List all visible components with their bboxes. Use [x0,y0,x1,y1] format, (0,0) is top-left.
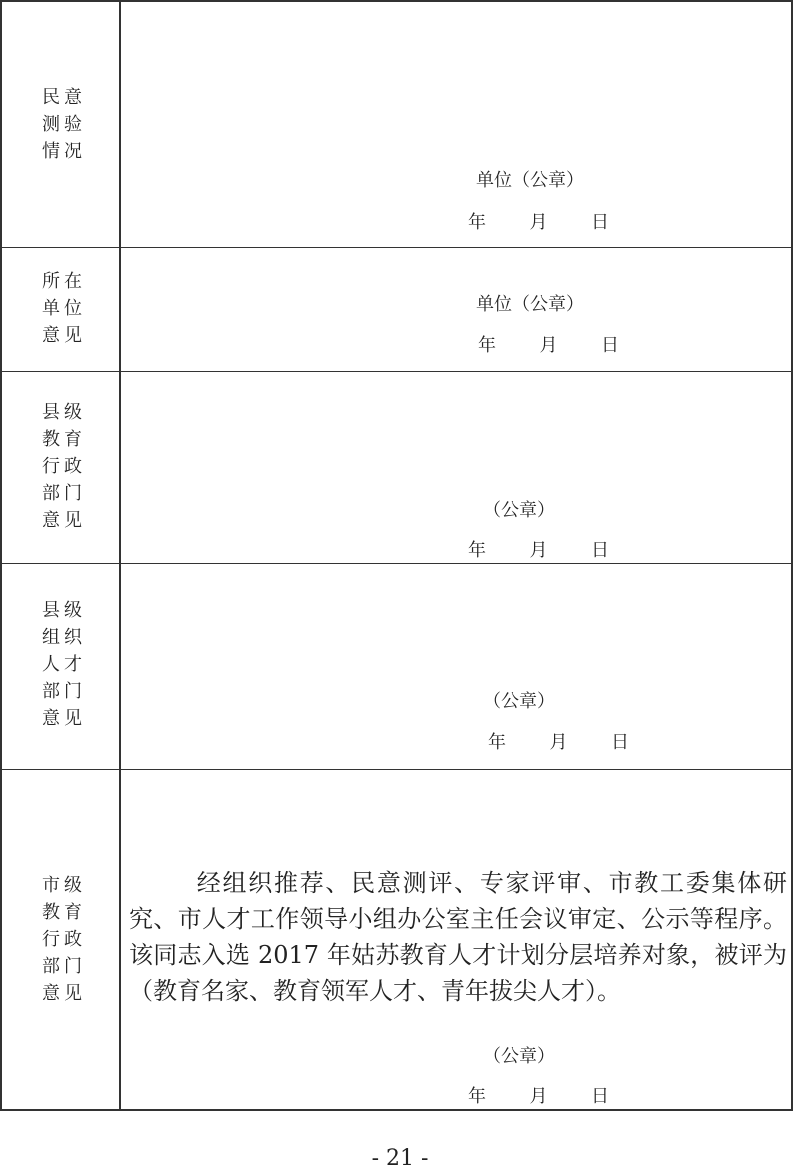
date-line: 年 月 日 [468,536,609,562]
content-cell[interactable]: 单位（公章） 年 月 日 [121,2,791,247]
date-line: 年 月 日 [468,1082,609,1108]
date-line: 年 月 日 [488,728,629,754]
year-label: 年 [478,331,496,357]
month-label: 月 [529,536,547,562]
content-cell[interactable]: 单位（公章） 年 月 日 [121,248,791,371]
row-label: 县级组织人才部门意见 [42,597,86,732]
label-cell: 市级教育行政部门意见 [2,770,121,1109]
label-cell: 县级组织人才部门意见 [2,564,121,769]
label-cell: 县级教育行政部门意见 [2,372,121,563]
row-county-education-opinion: 县级教育行政部门意见 （公章） 年 月 日 [2,372,791,564]
page-number: - 21 - [0,1146,800,1171]
row-label: 所在单位意见 [42,268,86,349]
year-label: 年 [488,728,506,754]
year-label: 年 [468,1082,486,1108]
seal-text: （公章） [483,496,555,522]
day-label: 日 [591,536,609,562]
day-label: 日 [611,728,629,754]
day-label: 日 [601,331,619,357]
label-cell: 民意测验情况 [2,2,121,247]
row-public-opinion: 民意测验情况 单位（公章） 年 月 日 [2,2,791,248]
year-label: 年 [468,208,486,234]
label-cell: 所在单位意见 [2,248,121,371]
seal-text: 单位（公章） [476,290,584,316]
seal-text: 单位（公章） [476,166,584,192]
opinion-paragraph: 经组织推荐、民意测评、专家评审、市教工委集体研究、市人才工作领导小组办公室主任会… [129,865,787,1009]
date-line: 年 月 日 [478,331,619,357]
month-label: 月 [529,1082,547,1108]
opinion-text: 经组织推荐、民意测评、专家评审、市教工委集体研究、市人才工作领导小组办公室主任会… [129,869,787,1005]
row-label: 市级教育行政部门意见 [42,872,86,1007]
row-unit-opinion: 所在单位意见 单位（公章） 年 月 日 [2,248,791,372]
row-county-talent-opinion: 县级组织人才部门意见 （公章） 年 月 日 [2,564,791,770]
day-label: 日 [591,1082,609,1108]
month-label: 月 [529,208,547,234]
date-line: 年 月 日 [468,208,609,234]
seal-text: （公章） [483,687,555,713]
approval-form-table: 民意测验情况 单位（公章） 年 月 日 所在单位意见 单位（公章） 年 月 [0,0,793,1111]
row-city-education-opinion: 市级教育行政部门意见 经组织推荐、民意测评、专家评审、市教工委集体研究、市人才工… [2,770,791,1109]
month-label: 月 [539,331,557,357]
content-cell[interactable]: （公章） 年 月 日 [121,564,791,769]
row-label: 县级教育行政部门意见 [42,399,86,534]
month-label: 月 [549,728,567,754]
content-cell[interactable]: 经组织推荐、民意测评、专家评审、市教工委集体研究、市人才工作领导小组办公室主任会… [121,770,791,1109]
content-cell[interactable]: （公章） 年 月 日 [121,372,791,563]
year-label: 年 [468,536,486,562]
day-label: 日 [591,208,609,234]
row-label: 民意测验情况 [42,84,86,165]
seal-text: （公章） [483,1042,555,1068]
